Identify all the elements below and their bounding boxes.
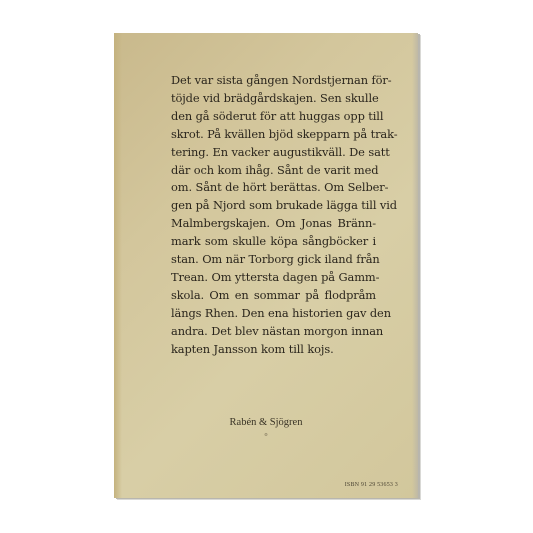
blurb-line: Det var sista gången Nordstjernan för- xyxy=(171,72,376,90)
blurb-line: töjde vid brädgårdskajen. Sen skulle xyxy=(171,90,376,108)
blurb-line: om. Sånt de hört berättas. Om Selber- xyxy=(171,179,376,197)
blurb-line: gen på Njord som brukade lägga till vid xyxy=(171,197,376,215)
publisher-name: Rabén & Sjögren xyxy=(114,417,418,428)
isbn-number: ISBN 91 29 53653 3 xyxy=(345,482,398,488)
blurb-text: Det var sista gången Nordstjernan för- t… xyxy=(171,72,376,359)
blurb-line: skrot. På kvällen bjöd skepparn på trak- xyxy=(171,126,376,144)
blurb-line: skola. Om en sommar på flodpråm xyxy=(171,287,376,305)
blurb-line: kapten Jansson kom till kojs. xyxy=(171,341,376,359)
blurb-line: den gå söderut för att huggas opp till xyxy=(171,108,376,126)
blurb-line: där och kom ihåg. Sånt de varit med xyxy=(171,162,376,180)
photo-stage: Det var sista gången Nordstjernan för- t… xyxy=(0,0,533,533)
blurb-line: Malmbergskajen. Om Jonas Bränn- xyxy=(171,215,376,233)
book-back-cover: Det var sista gången Nordstjernan för- t… xyxy=(114,33,418,498)
blurb-line: mark som skulle köpa sångböcker i xyxy=(171,233,376,251)
blurb-line: längs Rhen. Den ena historien gav den xyxy=(171,305,376,323)
blurb-line: andra. Det blev nästan morgon innan xyxy=(171,323,376,341)
publisher-logo-icon: o xyxy=(114,432,418,438)
blurb-line: Trean. Om yttersta dagen på Gamm- xyxy=(171,269,376,287)
blurb-line: tering. En vacker augustikväll. De satt xyxy=(171,144,376,162)
blurb-line: stan. Om när Torborg gick iland från xyxy=(171,251,376,269)
